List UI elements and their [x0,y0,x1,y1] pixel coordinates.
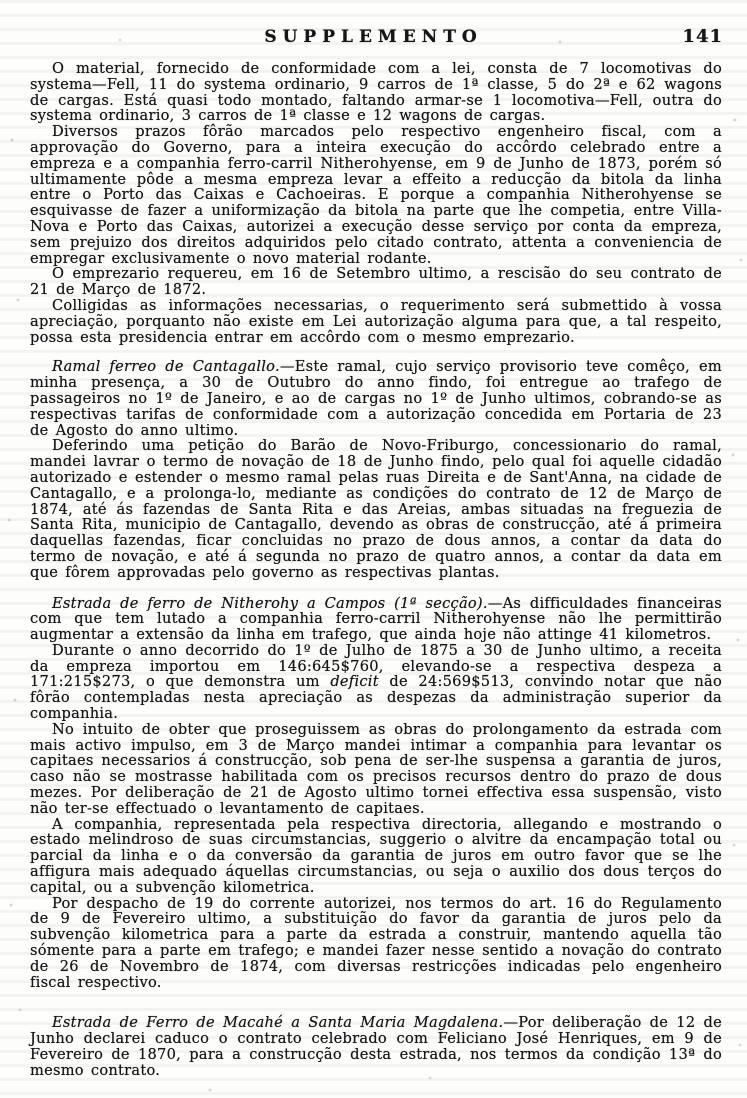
paragraph-colligidas: Colligidas as informações necessarias, o… [30,298,722,345]
document-body: O material, fornecido de conformidade co… [0,53,747,1079]
section-nitherohy-campos: Estrada de ferro de Nitherohy a Campos (… [30,596,722,643]
paragraph-material: O material, fornecido de conformidade co… [30,61,722,124]
section-ramal-cantagallo: Ramal ferreo de Cantagallo.—Este ramal, … [30,359,722,438]
paragraph-text: No intuito de obter que proseguissem as … [30,721,722,817]
paragraph-text: A companhia, representada pela respectiv… [30,816,722,896]
paragraph-intuito: No intuito de obter que proseguissem as … [30,722,722,817]
page-header: SUPPLEMENTO 141 [0,27,747,53]
paragraph-text: O material, fornecido de conformidade co… [30,60,722,124]
document-page: SUPPLEMENTO 141 O material, fornecido de… [0,0,747,1098]
deficit-term: deficit [330,673,379,690]
paragraph-text: Por despacho de 19 do corrente autorizei… [30,895,722,991]
paragraph-prazos: Diversos prazos fôrão marcados pelo resp… [30,124,722,266]
section-title-cantagallo: Ramal ferreo de Cantagallo. [52,358,280,375]
paragraph-text: O emprezario requereu, em 16 de Setembro… [30,265,722,298]
paragraph-despacho: Por despacho de 19 do corrente autorizei… [30,896,722,991]
paragraph-text: Colligidas as informações necessarias, o… [30,297,722,346]
paragraph-deferindo: Deferindo uma petição do Barão de Novo-F… [30,438,722,580]
paragraph-text: Deferindo uma petição do Barão de Novo-F… [30,437,722,580]
paragraph-companhia: A companhia, representada pela respectiv… [30,817,722,896]
running-title: SUPPLEMENTO [264,27,482,47]
section-title-nitherohy: Estrada de ferro de Nitherohy a Campos (… [52,595,488,612]
section-title-macahe: Estrada de Ferro de Macahé a Santa Maria… [52,1014,503,1031]
paragraph-receita: Durante o anno decorrido do 1º de Julho … [30,643,722,722]
paragraph-text: Diversos prazos fôrão marcados pelo resp… [30,123,722,266]
section-macahe-magdalena: Estrada de Ferro de Macahé a Santa Maria… [30,1015,722,1078]
page-number: 141 [682,26,723,47]
paragraph-emprezario: O emprezario requereu, em 16 de Setembro… [30,266,722,298]
